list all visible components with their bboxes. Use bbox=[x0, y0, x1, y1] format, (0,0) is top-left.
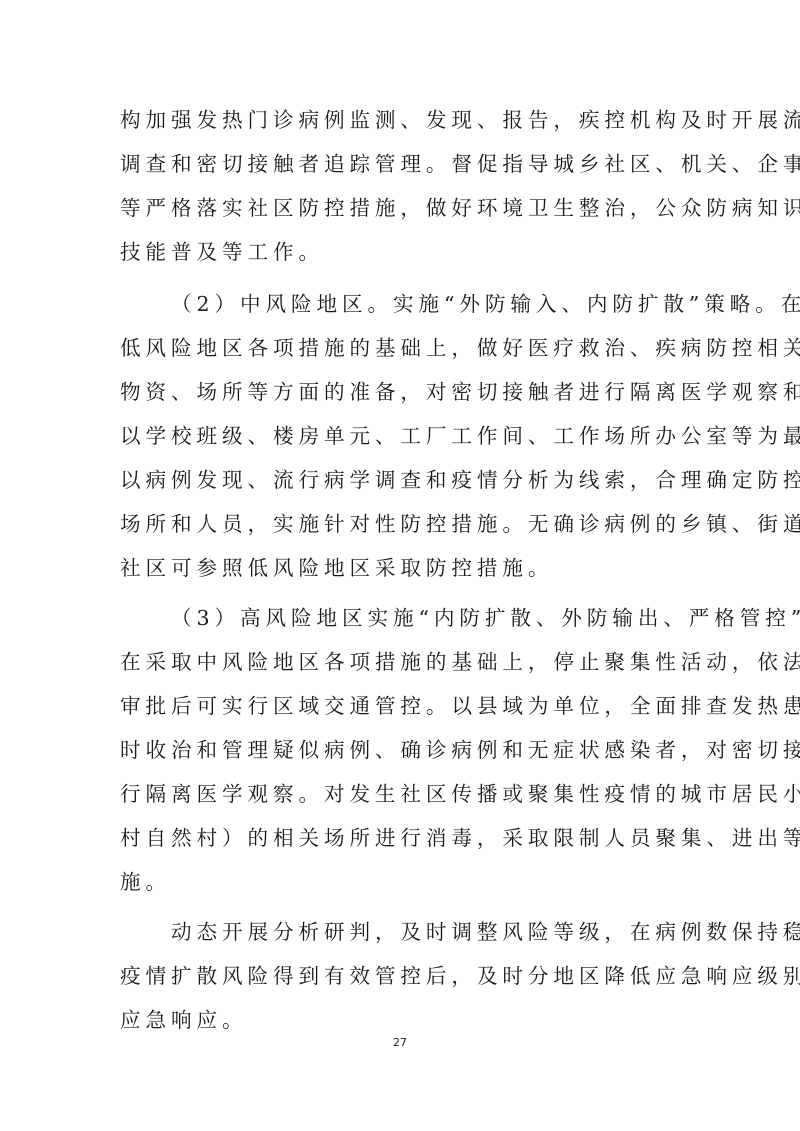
paragraph-dynamic-adjustment: 动态开展分析研判，及时调整风险等级，在病例数保持稳定下降、 疫情扩散风险得到有效… bbox=[120, 910, 682, 1042]
text-line: （3）高风险地区实施“内防扩散、外防输出、严格管控”策略。 bbox=[120, 596, 682, 640]
text-line: （2）中风险地区。实施“外防输入、内防扩散”策略。在采取 bbox=[120, 282, 682, 326]
text-line: 调查和密切接触者追踪管理。督促指导城乡社区、机关、企事业单位 bbox=[120, 142, 682, 186]
text-line: 时收治和管理疑似病例、确诊病例和无症状感染者，对密切接触者实 bbox=[120, 728, 682, 772]
paragraph-continuation: 构加强发热门诊病例监测、发现、报告，疾控机构及时开展流行病学 调查和密切接触者追… bbox=[120, 98, 682, 274]
text-line: 社区可参照低风险地区采取防控措施。 bbox=[120, 546, 682, 590]
text-line: 物资、场所等方面的准备，对密切接触者进行隔离医学观察和管理。 bbox=[120, 370, 682, 414]
text-line: 疫情扩散风险得到有效管控后，及时分地区降低应急响应级别或终止 bbox=[120, 954, 682, 998]
text-line: 在采取中风险地区各项措施的基础上，停止聚集性活动，依法按程序 bbox=[120, 640, 682, 684]
text-line: 行隔离医学观察。对发生社区传播或聚集性疫情的城市居民小区（农 bbox=[120, 772, 682, 816]
text-line: 以学校班级、楼房单元、工厂工作间、工作场所办公室等为最小单位， bbox=[120, 414, 682, 458]
text-line: 等严格落实社区防控措施，做好环境卫生整治，公众防病知识和防护 bbox=[120, 186, 682, 230]
text-line: 场所和人员，实施针对性防控措施。无确诊病例的乡镇、街道、城乡 bbox=[120, 502, 682, 546]
text-line: 构加强发热门诊病例监测、发现、报告，疾控机构及时开展流行病学 bbox=[120, 98, 682, 142]
text-line: 施。 bbox=[120, 860, 682, 904]
text-line: 村自然村）的相关场所进行消毒，采取限制人员聚集、进出等管控措 bbox=[120, 816, 682, 860]
paragraph-high-risk: （3）高风险地区实施“内防扩散、外防输出、严格管控”策略。 在采取中风险地区各项… bbox=[120, 596, 682, 904]
text-line: 以病例发现、流行病学调查和疫情分析为线索，合理确定防控管理的 bbox=[120, 458, 682, 502]
document-page: 构加强发热门诊病例监测、发现、报告，疾控机构及时开展流行病学 调查和密切接触者追… bbox=[0, 0, 800, 1131]
text-line: 技能普及等工作。 bbox=[120, 230, 682, 274]
paragraph-medium-risk: （2）中风险地区。实施“外防输入、内防扩散”策略。在采取 低风险地区各项措施的基… bbox=[120, 282, 682, 590]
text-line: 低风险地区各项措施的基础上，做好医疗救治、疾病防控相关人员、 bbox=[120, 326, 682, 370]
page-number: 27 bbox=[0, 1036, 800, 1049]
text-line: 审批后可实行区域交通管控。以县域为单位，全面排查发热患者，及 bbox=[120, 684, 682, 728]
text-line: 动态开展分析研判，及时调整风险等级，在病例数保持稳定下降、 bbox=[120, 910, 682, 954]
